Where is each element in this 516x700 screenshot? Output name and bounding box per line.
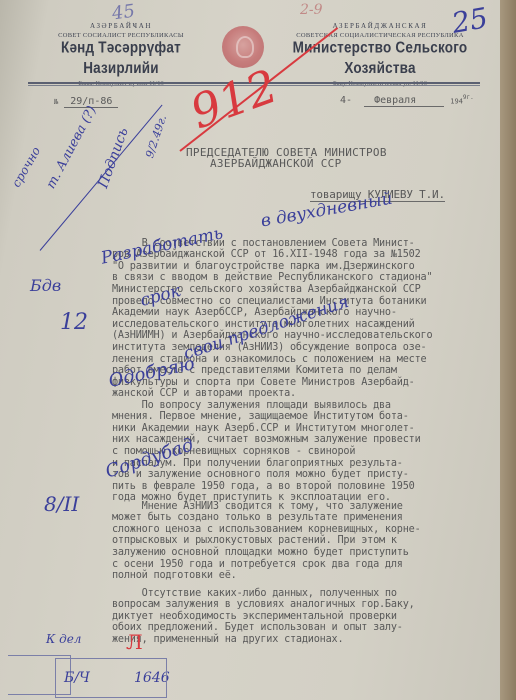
body-paragraph-4: Отсутствие каких-либо данных, полученных… [112, 576, 415, 657]
date-year: 194 [450, 97, 463, 105]
letterhead-left: АЗӘРБАЙҸАН СОВЕТ СОСИАЛИСТ РЕСПУБЛИКАСЫ … [28, 22, 214, 87]
letterhead-right-ministry: Министерство Сельского Хозяйства [280, 37, 480, 78]
text-line: диктует необходимость экспериментальной … [112, 611, 415, 623]
addressee-line-2: АЗЕРБАЙДЖАНСКОЙ ССР [210, 158, 342, 170]
stamp-frame [55, 658, 167, 698]
text-line: Мнение АзНИИЗ сводится к тому, что залуж… [112, 501, 421, 513]
margin-date-2: 8/II [44, 492, 79, 516]
margin-initials: Бдв [30, 276, 61, 295]
text-line: тов и залужение основного поля можно буд… [112, 469, 421, 481]
text-line: ники Академии наук Азерб.ССР и Институто… [112, 423, 421, 435]
text-line: сложного ценоза с использованием корневи… [112, 524, 421, 536]
number-label: № [54, 98, 58, 106]
bottom-note: К дел [46, 632, 81, 646]
text-line: По вопросу залужения площади выявилось д… [112, 400, 421, 412]
letterhead-right: АЗЕРБАЙДЖАНСКАЯ СОВЕТСКАЯ СОЦИАЛИСТИЧЕСК… [280, 22, 480, 87]
text-line: в связи с вводом в действие Республиканс… [112, 272, 432, 284]
reference-date: 4- Февраля 1949г. [340, 94, 474, 106]
letterhead-right-republic: АЗЕРБАЙДЖАНСКАЯ [280, 22, 480, 31]
desk-background [500, 0, 516, 700]
text-line: может быть создано только в результате п… [112, 512, 421, 524]
text-line: "О развитии и благоустройстве парка им.Д… [112, 261, 432, 273]
handwritten-top-mark: 45 [111, 1, 137, 25]
red-check-mark: Л [126, 630, 143, 654]
text-line: жения, примененный на других стадионах. [112, 634, 415, 646]
letterhead-left-ministry: Кәнд Тәсәррүфат Назирлийи [28, 37, 214, 78]
text-line: института земледелия (АзНИИЗ) обсуждение… [112, 342, 432, 354]
text-line: обоих предложений. Будет использован и о… [112, 622, 415, 634]
text-line: вопросам залужения в условиях аналогичны… [112, 599, 415, 611]
date-month: Февраля [364, 95, 444, 107]
text-line: Отсутствие каких-либо данных, полученных… [112, 588, 415, 600]
handwritten-page-number: 25 [449, 1, 490, 40]
text-line: отпрысковых и рыхлокустовых растений. Пр… [112, 535, 421, 547]
text-line: с осени 1950 года и потребуется срок два… [112, 559, 421, 571]
text-line: мнения. Первое мнение, защищаемое Инстит… [112, 411, 421, 423]
handwritten-top-right-mark: 2-9 [300, 2, 323, 18]
date-day: 4- [340, 95, 352, 106]
text-line: залужению основной площадки можно будет … [112, 547, 421, 559]
date-year-suffix: 9г. [463, 94, 474, 101]
margin-number-12: 12 [60, 310, 88, 335]
